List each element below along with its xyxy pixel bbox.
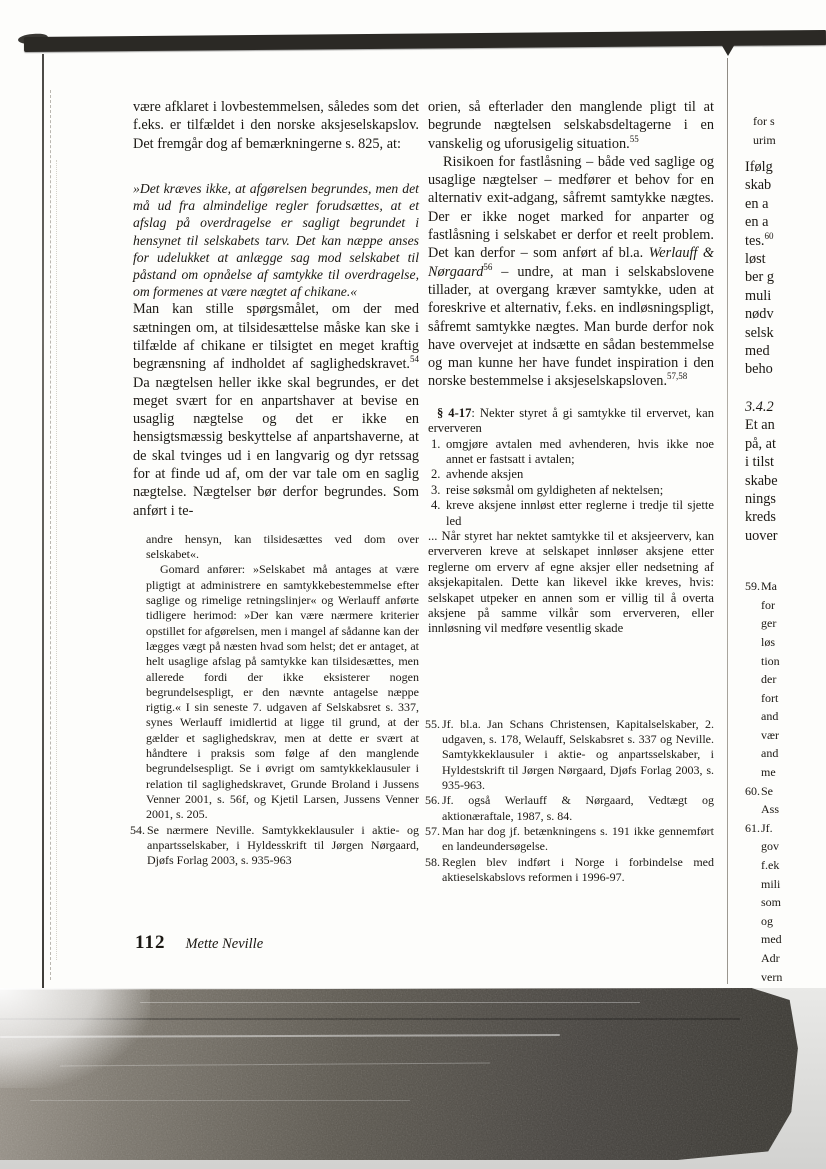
facing-footnote-line: der [745, 670, 826, 689]
block-quote: »Det kræves ikke, at afgørelsen begrunde… [133, 180, 419, 300]
footnote-marker: 54 [410, 354, 419, 364]
footnote-text: Jf. bl.a. Jan Schans Christensen, Kapita… [442, 717, 714, 792]
line-text: me [761, 765, 776, 779]
line-text: ger [761, 616, 776, 630]
statute-list-item: 1.omgjøre avtalen med avhenderen, hvis i… [431, 437, 714, 468]
line-text: vær [761, 728, 779, 742]
book-cover-top-edge [24, 30, 826, 52]
footnote-number: 59. [745, 577, 760, 596]
facing-footnote-line: Ass [745, 800, 826, 819]
footnote: 56.Jf. også Werlauff & Nørgaard, Vedtægt… [428, 793, 714, 824]
quote-text: »Det kræves ikke, at afgørelsen begrunde… [133, 181, 419, 299]
list-number: 4. [431, 498, 440, 513]
facing-line: på, at [745, 435, 826, 453]
line-text: fort [761, 691, 778, 705]
facing-footnote-line: som [745, 893, 826, 912]
facing-lines: løstber gmulinødvselskmedbeho [745, 250, 826, 379]
facing-line: i tilst [745, 453, 826, 471]
footnote: 54. Se nærmere Neville. Samtykkeklausule… [133, 823, 419, 869]
line-text: gov [761, 839, 779, 853]
footnote-block: andre hensyn, kan tilsidesættes ved dom … [133, 532, 419, 869]
statute-list-item: 4.kreve aksjene innløst etter reglerne i… [431, 498, 714, 529]
facing-footnote-line: mili [745, 875, 826, 894]
running-author-name: Mette Neville [185, 936, 263, 952]
line-text: løs [761, 635, 775, 649]
facing-body-fragment: Ifølgskaben aen a tes.60 løstber gmulinø… [745, 158, 826, 379]
footnote-number: 54. [130, 823, 145, 838]
footnote: 55.Jf. bl.a. Jan Schans Christensen, Kap… [428, 717, 714, 793]
page-stack-edge-line [50, 90, 51, 980]
footnote-text: Se nærmere Neville. Samtykkeklausuler i … [147, 823, 419, 868]
facing-line: Ifølg [745, 158, 826, 176]
list-item-text: avhende aksjen [446, 467, 523, 481]
statute-section-number: § 4-17 [437, 406, 471, 420]
footnote-marker: 60 [764, 232, 773, 241]
line-text: and [761, 746, 778, 760]
footnote-marker: 56 [483, 262, 492, 272]
facing-footnote-line: me [745, 763, 826, 782]
facing-footnote-line: f.ek [745, 856, 826, 875]
list-number: 1. [431, 437, 440, 452]
statute-list-item: 3.reise søksmål om gyldigheten af nektel… [431, 483, 714, 498]
facing-line: kreds [745, 508, 826, 526]
facing-line: uover [745, 527, 826, 545]
paragraph-text: – undre, at man i selskabslovene tillade… [428, 264, 714, 390]
facing-footnote-line: og [745, 912, 826, 931]
page-corner-highlight [0, 988, 150, 1088]
facing-footnote-line: 59.Ma [745, 577, 826, 596]
left-column: være afklaret i lovbestemmelsen, således… [133, 98, 419, 868]
footnote: 58.Reglen blev indført i Norge i forbind… [428, 855, 714, 886]
line-text: Jf. [761, 821, 773, 835]
page-stack-edge-line [56, 160, 57, 960]
facing-line: skabe [745, 472, 826, 490]
line-text: Ma [761, 579, 777, 593]
line-text: and [761, 709, 778, 723]
paragraph: være afklaret i lovbestemmelsen, således… [133, 98, 419, 153]
facing-line: selsk [745, 324, 826, 342]
facing-body-fragment: Et anpå, ati tilstskabeningskredsuover [745, 416, 826, 545]
facing-footnote-line: løs [745, 633, 826, 652]
line-text: og [761, 914, 773, 928]
photo-bottom-region [0, 988, 826, 1169]
facing-footnote-fragment: for surim [745, 112, 826, 149]
paragraph-text: Man kan stille spørgsmålet, om der med s… [133, 301, 419, 372]
footnote-number: 60. [745, 782, 760, 801]
list-item-text: kreve aksjene innløst etter reglerne i t… [446, 498, 714, 527]
facing-section-heading: 3.4.2 [745, 398, 826, 416]
footnote-block: 55.Jf. bl.a. Jan Schans Christensen, Kap… [428, 717, 714, 885]
line-text: vern [761, 970, 782, 984]
facing-footnote-line: for [745, 596, 826, 615]
footnote-text: Reglen blev indført i Norge i forbindels… [442, 855, 714, 884]
facing-line: muli [745, 287, 826, 305]
line-text: tion [761, 654, 780, 668]
line-text: der [761, 672, 776, 686]
facing-line: beho [745, 360, 826, 378]
facing-line: nødv [745, 305, 826, 323]
footnote-text: Man har dog jf. betænkningens s. 191 ikk… [442, 824, 714, 853]
footnote: 57.Man har dog jf. betænkningens s. 191 … [428, 824, 714, 855]
list-item-text: reise søksmål om gyldigheten af nektelse… [446, 483, 663, 497]
line-text: Se [761, 784, 773, 798]
list-number: 3. [431, 483, 440, 498]
facing-line: skab [745, 176, 826, 194]
facing-line: med [745, 342, 826, 360]
footnote-continuation: Gomard anfører: »Selskabet må antages at… [133, 562, 419, 822]
paragraph-text: være afklaret i lovbestemmelsen, således… [133, 99, 419, 152]
facing-line-text: tes. [745, 233, 764, 249]
facing-line: urim [753, 131, 826, 150]
facing-line: ber g [745, 268, 826, 286]
footnote-continuation: andre hensyn, kan tilsidesættes ved dom … [133, 532, 419, 563]
list-item-text: omgjøre avtalen med avhenderen, hvis ikk… [446, 437, 714, 466]
facing-line: en a [745, 195, 826, 213]
book-gutter-notch [721, 44, 735, 56]
facing-footnote-line: gov [745, 837, 826, 856]
line-text: mili [761, 877, 780, 891]
footnote-text: Jf. også Werlauff & Nørgaard, Vedtægt og… [442, 793, 714, 822]
paragraph: orien, så efterlader den manglende pligt… [428, 98, 714, 153]
statute-quote-block: § 4-17: Nekter styret å gi samtykke til … [428, 406, 714, 637]
facing-lines: Ifølgskaben aen a [745, 158, 826, 232]
facing-line: tes.60 [745, 232, 826, 250]
facing-footnote-line: 61.Jf. [745, 819, 826, 838]
page-number: 112 [135, 932, 165, 953]
footnote-number: 56. [425, 793, 440, 808]
footnote-number: 61. [745, 819, 760, 838]
list-number: 2. [431, 467, 440, 482]
scanned-book-page-photo: være afklaret i lovbestemmelsen, således… [0, 0, 826, 1169]
footnote-marker: 55 [630, 134, 639, 144]
line-text: f.ek [761, 858, 779, 872]
facing-line: en a [745, 213, 826, 231]
page-stack-edge-line [42, 54, 44, 988]
line-text: Adr [761, 951, 780, 965]
facing-footnote-line: Adr [745, 949, 826, 968]
facing-footnote-line: and [745, 707, 826, 726]
facing-line: løst [745, 250, 826, 268]
line-text: for [761, 598, 775, 612]
statute-list-item: 2.avhende aksjen [431, 467, 714, 482]
facing-footnote-line: fort [745, 689, 826, 708]
line-text: som [761, 895, 781, 909]
paragraph: Risikoen for fastlåsning – både ved sagl… [428, 153, 714, 391]
paragraph: Man kan stille spørgsmålet, om der med s… [133, 300, 419, 520]
line-text: med [761, 932, 782, 946]
facing-footnote-line: tion [745, 652, 826, 671]
facing-line: nings [745, 490, 826, 508]
line-text: Ass [761, 802, 779, 816]
footnote-number: 58. [425, 855, 440, 870]
footnote-number: 55. [425, 717, 440, 732]
page-footer: 112Mette Neville [135, 932, 263, 954]
footnote-number: 57. [425, 824, 440, 839]
facing-footnote-line: 60.Se [745, 782, 826, 801]
paragraph-text: Da nægtelsen heller ikke skal begrundes,… [133, 375, 419, 519]
statute-intro-text: : Nekter styret å gi samtykke til erverv… [428, 406, 714, 435]
right-column: orien, så efterlader den manglende pligt… [428, 98, 714, 885]
paragraph-text: orien, så efterlader den manglende pligt… [428, 99, 714, 152]
facing-footnote-fragment: 59.Maforgerløstionderfortandværandme60.S… [745, 577, 826, 1023]
facing-footnote-line: and [745, 744, 826, 763]
facing-footnote-line: vern [745, 968, 826, 987]
statute-continuation: ... Når styret har nektet samtykke til e… [428, 529, 714, 637]
facing-line: Et an [745, 416, 826, 434]
facing-footnote-line: ger [745, 614, 826, 633]
footnote-marker: 57,58 [667, 372, 687, 382]
facing-footnote-line: vær [745, 726, 826, 745]
facing-footnote-line: med [745, 930, 826, 949]
statute-intro: § 4-17: Nekter styret å gi samtykke til … [428, 406, 714, 437]
facing-line: for s [753, 112, 826, 131]
facing-page-sliver: for surim Ifølgskaben aen a tes.60 løstb… [745, 112, 826, 1023]
book-gutter-line [727, 58, 728, 984]
